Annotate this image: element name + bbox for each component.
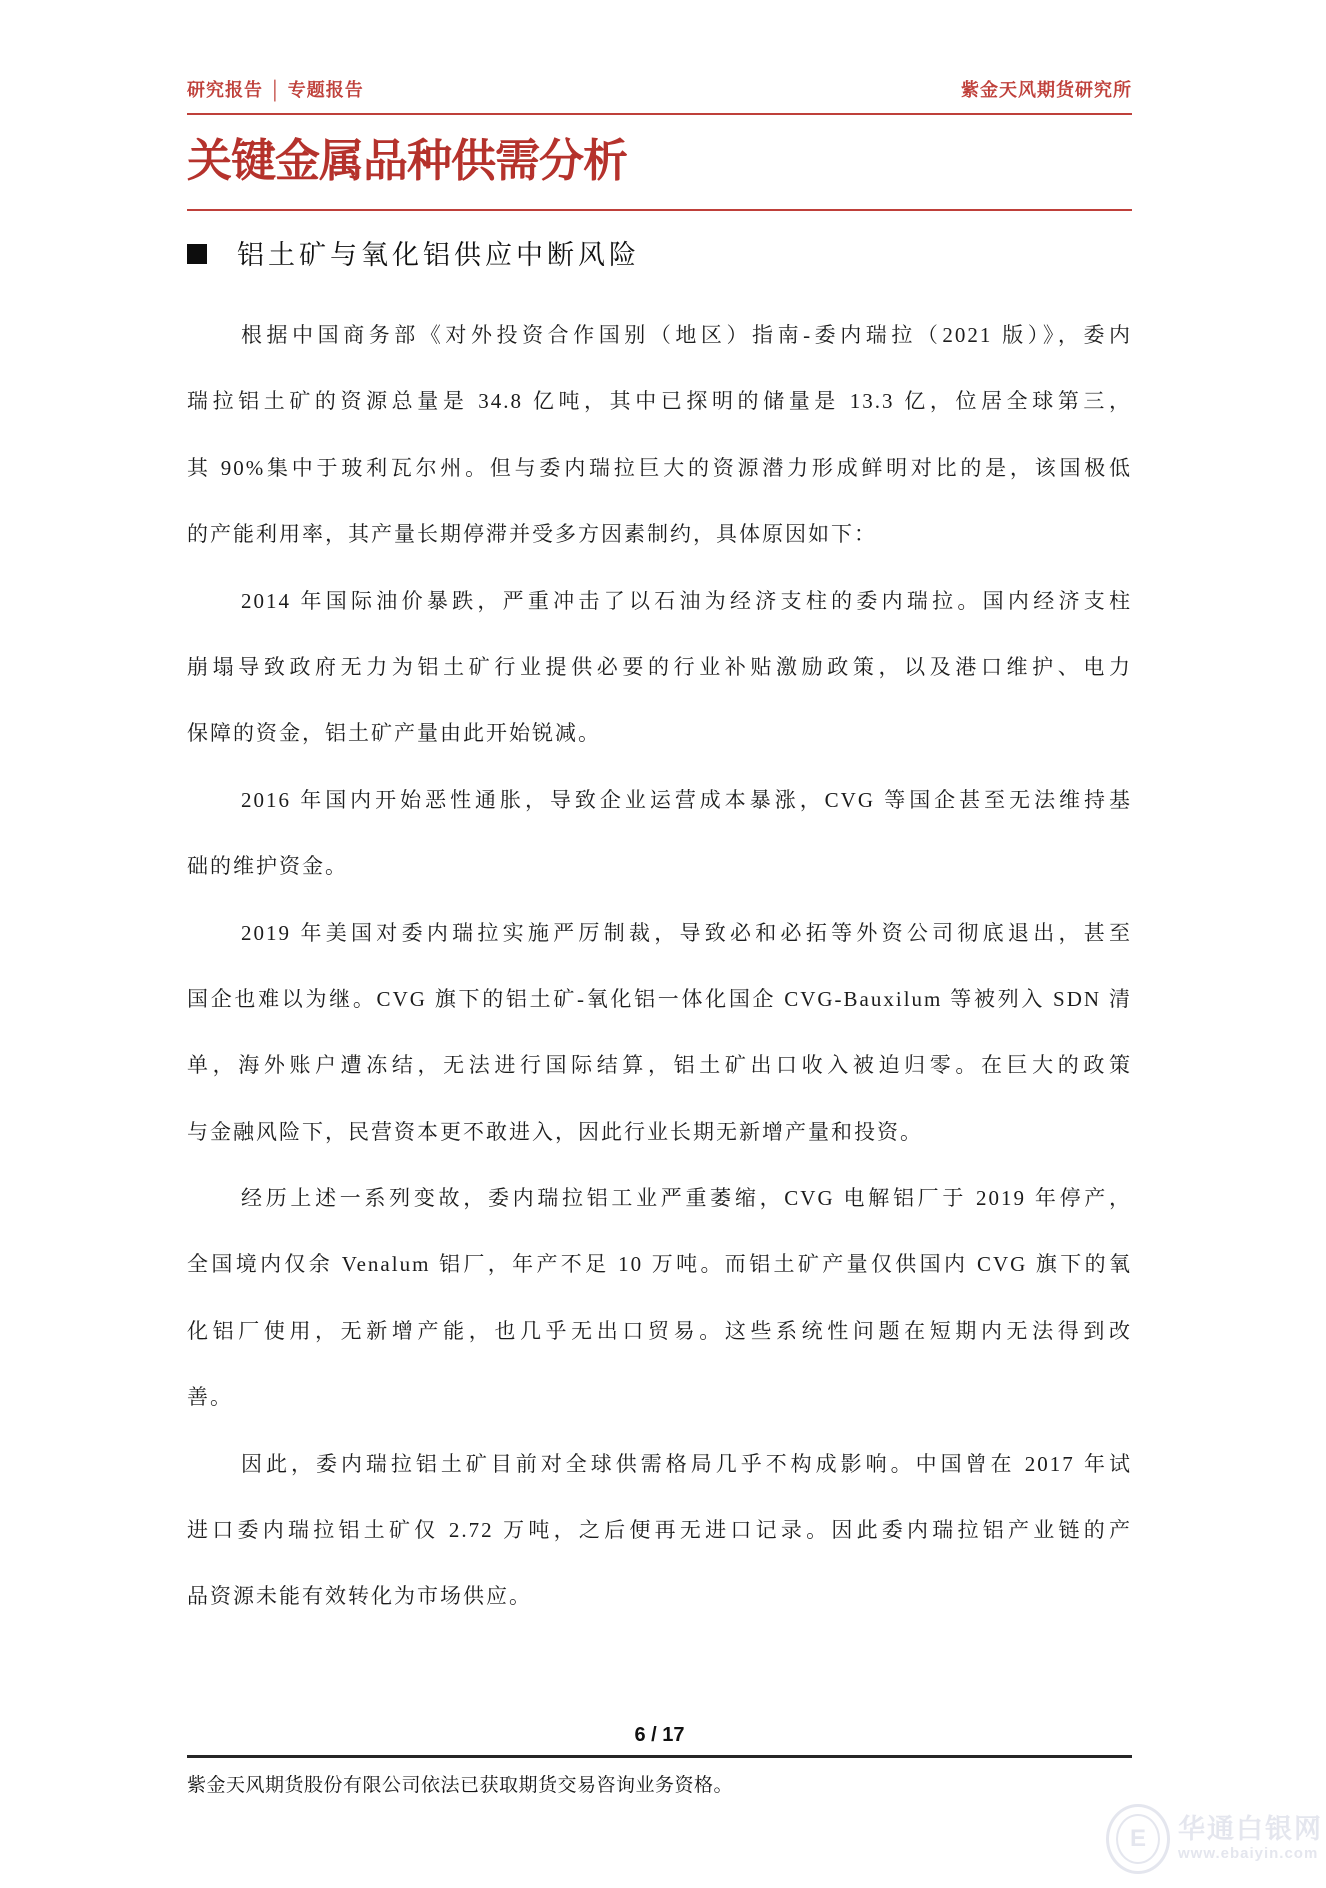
report-page: 研究报告 │ 专题报告 紫金天风期货研究所 关键金属品种供需分析 铝土矿与氧化铝… xyxy=(0,0,1326,1888)
body-line: 2019 年美国对委内瑞拉实施严厉制裁，导致必和必拓等外资公司彻底退出，甚至 xyxy=(187,900,1132,966)
header-divider xyxy=(187,113,1132,115)
watermark-logo-letter: E xyxy=(1130,1827,1146,1851)
body-line: 2016 年国内开始恶性通胀，导致企业运营成本暴涨，CVG 等国企甚至无法维持基 xyxy=(187,767,1132,833)
header-report-type: 研究报告 │ 专题报告 xyxy=(187,76,364,102)
page-header: 研究报告 │ 专题报告 紫金天风期货研究所 xyxy=(187,76,1132,102)
body-line: 的产能利用率，其产量长期停滞并受多方因素制约，具体原因如下： xyxy=(187,501,1132,567)
watermark-site-url: www.ebaiyin.com xyxy=(1178,1845,1323,1863)
page-number: 6 / 17 xyxy=(187,1720,1132,1750)
watermark-logo-icon: E xyxy=(1106,1804,1170,1874)
body-line: 品资源未能有效转化为市场供应。 xyxy=(187,1563,1132,1629)
watermark-site-name: 华通白银网 xyxy=(1178,1815,1323,1845)
body-line: 单，海外账户遭冻结，无法进行国际结算，铝土矿出口收入被迫归零。在巨大的政策 xyxy=(187,1032,1132,1098)
body-line: 其 90%集中于玻利瓦尔州。但与委内瑞拉巨大的资源潜力形成鲜明对比的是，该国极低 xyxy=(187,435,1132,501)
body-line: 善。 xyxy=(187,1364,1132,1430)
watermark-logo-inner-ring: E xyxy=(1116,1814,1160,1864)
body-line: 化铝厂使用，无新增产能，也几乎无出口贸易。这些系统性问题在短期内无法得到改 xyxy=(187,1298,1132,1364)
footer-disclaimer: 紫金天风期货股份有限公司依法已获取期货交易咨询业务资格。 xyxy=(187,1772,733,1800)
body-line: 崩塌导致政府无力为铝土矿行业提供必要的行业补贴激励政策，以及港口维护、电力 xyxy=(187,634,1132,700)
page-title: 关键金属品种供需分析 xyxy=(187,138,627,185)
square-bullet-icon xyxy=(187,244,207,264)
body-line: 2014 年国际油价暴跌，严重冲击了以石油为经济支柱的委内瑞拉。国内经济支柱 xyxy=(187,568,1132,634)
footer-divider xyxy=(187,1755,1132,1758)
body-line: 进口委内瑞拉铝土矿仅 2.72 万吨，之后便再无进口记录。因此委内瑞拉铝产业链的… xyxy=(187,1497,1132,1563)
body-line: 础的维护资金。 xyxy=(187,833,1132,899)
body-line: 根据中国商务部《对外投资合作国别（地区）指南-委内瑞拉（2021 版）》，委内 xyxy=(187,302,1132,368)
section-heading: 铝土矿与氧化铝供应中断风险 xyxy=(187,233,640,272)
watermark: E 华通白银网 www.ebaiyin.com xyxy=(1106,1804,1326,1874)
body-line: 全国境内仅余 Venalum 铝厂，年产不足 10 万吨。而铝土矿产量仅供国内 … xyxy=(187,1231,1132,1297)
body-line: 经历上述一系列变故，委内瑞拉铝工业严重萎缩，CVG 电解铝厂于 2019 年停产… xyxy=(187,1165,1132,1231)
body-line: 因此，委内瑞拉铝土矿目前对全球供需格局几乎不构成影响。中国曾在 2017 年试 xyxy=(187,1431,1132,1497)
header-institute-name: 紫金天风期货研究所 xyxy=(961,76,1132,102)
body-line: 瑞拉铝土矿的资源总量是 34.8 亿吨，其中已探明的储量是 13.3 亿，位居全… xyxy=(187,368,1132,434)
watermark-text: 华通白银网 www.ebaiyin.com xyxy=(1178,1815,1323,1863)
body-line: 与金融风险下，民营资本更不敢进入，因此行业长期无新增产量和投资。 xyxy=(187,1099,1132,1165)
section-heading-text: 铝土矿与氧化铝供应中断风险 xyxy=(237,233,640,272)
title-divider xyxy=(187,209,1132,211)
body-line: 国企也难以为继。CVG 旗下的铝土矿-氧化铝一体化国企 CVG-Bauxilum… xyxy=(187,966,1132,1032)
body-line: 保障的资金，铝土矿产量由此开始锐减。 xyxy=(187,700,1132,766)
body-text: 根据中国商务部《对外投资合作国别（地区）指南-委内瑞拉（2021 版）》，委内 … xyxy=(187,302,1132,1630)
